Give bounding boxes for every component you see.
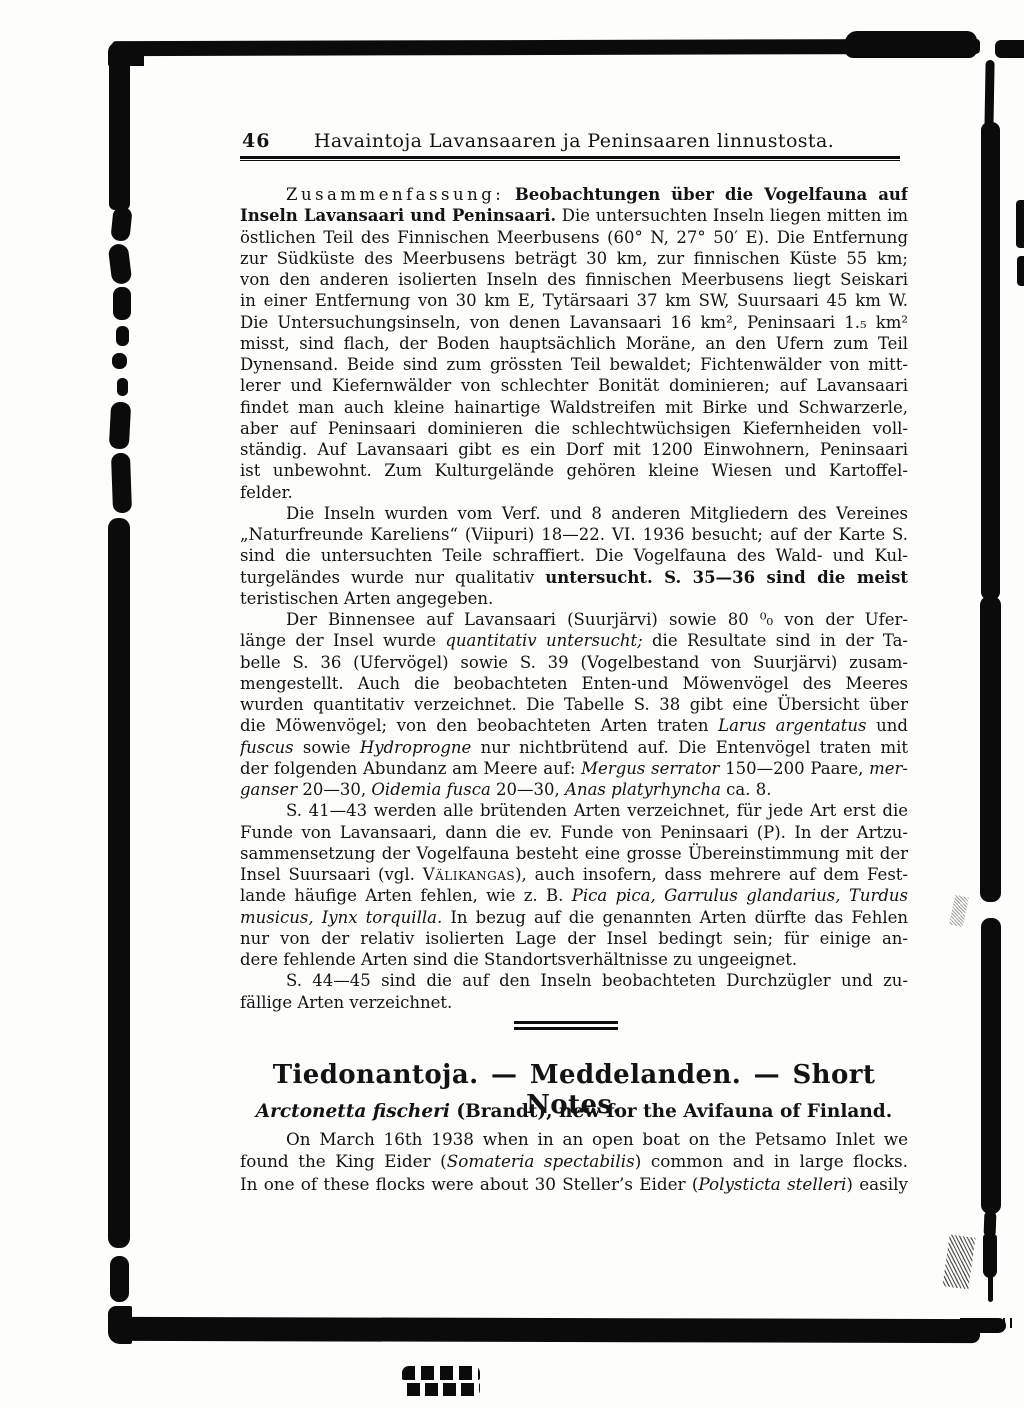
scan-artifact-far-right-blob <box>1017 256 1024 286</box>
text-segment <box>504 185 514 204</box>
text-line: ständig. Auf Lavansaari gibt es ein Dorf… <box>240 439 908 460</box>
text-line: On March 16th 1938 when in an open boat … <box>240 1128 908 1150</box>
text-segment: S. 44—45 sind die auf den Inseln beobach… <box>286 971 908 990</box>
text-line: sammensetzung der Vogelfauna besteht ein… <box>240 843 908 864</box>
text-line: Die Inseln wurden vom Verf. und 8 andere… <box>240 503 908 524</box>
text-segment: ) common and in large flocks. <box>635 1151 908 1171</box>
text-segment: nur nichtbrütend auf. Die Entenvögel tra… <box>471 738 908 757</box>
scan-artifact-right-bar-mid <box>980 596 1001 902</box>
text-line: in einer Entfernung von 30 km E, Tytärsa… <box>240 290 908 311</box>
scan-artifact-left-bar-lower <box>108 518 130 1248</box>
text-line: sind die untersuchten Teile schraffiert.… <box>240 545 908 566</box>
text-segment: belle S. 36 (Ufervögel) sowie S. 39 (Vog… <box>240 653 908 672</box>
text-line: Arctonetta fischeri (Brandt), new for th… <box>240 1101 908 1123</box>
header-rule <box>240 156 900 161</box>
text-segment: sind die untersuchten Teile schraffiert.… <box>240 546 908 565</box>
text-line: Dynensand. Beide sind zum grössten Teil … <box>240 354 908 375</box>
text-line: die Möwenvögel; von den beobachteten Art… <box>240 715 908 736</box>
text-segment: lerer und Kiefernwälder von schlechter B… <box>240 376 908 395</box>
scan-artifact-top-right-blob <box>845 31 977 58</box>
text-line: aber auf Peninsaari dominieren die schle… <box>240 418 908 439</box>
scan-artifact-left-blob <box>113 287 131 320</box>
text-segment: findet man auch kleine hainartige Waldst… <box>240 398 908 417</box>
text-segment: ca. 8. <box>721 780 772 799</box>
note-title: Arctonetta fischeri (Brandt), new for th… <box>240 1101 908 1123</box>
text-segment: mengestellt. Auch die beobachteten Enten… <box>240 674 908 693</box>
text-segment: wurden quantitativ verzeichnet. Die Tabe… <box>240 695 908 714</box>
text-segment: In bezug auf die genannten Arten dürfte … <box>442 908 908 927</box>
scan-artifact-right-bar-lower <box>981 918 1001 1214</box>
text-segment: zur Südküste des Meerbusens beträgt 30 k… <box>240 249 908 268</box>
text-segment: Larus argentatus <box>718 716 866 735</box>
scan-artifact-left-bar-upper <box>109 52 130 210</box>
text-segment: mer- <box>869 759 908 778</box>
scan-artifact-bottom-ticks <box>982 1318 1016 1328</box>
scan-artifact-top-right-corner <box>995 40 1024 58</box>
text-segment: dere fehlende Arten sind die Standortsve… <box>240 950 797 969</box>
text-segment: Polysticta stelleri <box>698 1174 846 1194</box>
text-segment: und <box>866 716 908 735</box>
text-line: found the King Eider (Somateria spectabi… <box>240 1150 908 1172</box>
text-line: fuscus sowie Hydroprogne nur nichtbrüten… <box>240 737 908 758</box>
text-segment: Oidemia fusca <box>371 780 490 799</box>
text-line: Inseln Lavansaari und Peninsaari. Die un… <box>240 205 908 226</box>
text-segment: Die Inseln wurden vom Verf. und 8 andere… <box>286 504 908 523</box>
text-segment: musicus, Iynx torquilla. <box>240 908 442 927</box>
text-segment: Anas platyrhyncha <box>565 780 721 799</box>
text-line: Insel Suursaari (vgl. Välikangas), auch … <box>240 864 908 885</box>
summary-paragraphs: Zusammenfassung: Beobachtungen über die … <box>240 184 908 1013</box>
text-line: von den anderen isolierten Inseln des fi… <box>240 269 908 290</box>
text-segment: in einer Entfernung von 30 km E, Tytärsa… <box>240 291 908 310</box>
scan-artifact-left-blob <box>110 1256 129 1302</box>
scan-artifact-right-bar-upper <box>981 122 1000 600</box>
page-header: 46 Havaintoja Lavansaaren ja Peninsaaren… <box>240 128 908 154</box>
text-segment: misst, sind flach, der Boden hauptsächli… <box>240 334 908 353</box>
text-segment: Die untersuchten Inseln liegen mitten im <box>556 206 908 225</box>
text-segment: östlichen Teil des Finnischen Meerbusens… <box>240 228 908 247</box>
text-line: Die Untersuchungsinseln, von denen Lavan… <box>240 312 908 333</box>
text-line: lerer und Kiefernwälder von schlechter B… <box>240 375 908 396</box>
scan-smudge <box>949 895 969 927</box>
scan-pencil-scribble <box>943 1234 976 1289</box>
text-segment: quantitativ untersucht; <box>445 631 642 650</box>
text-segment: ) easily <box>846 1174 908 1194</box>
text-line: nur von der relativ isolierten Lage der … <box>240 928 908 949</box>
text-segment: fällige Arten verzeichnet. <box>240 993 452 1012</box>
text-line: ist unbewohnt. Zum Kulturgelände gehören… <box>240 460 908 481</box>
text-segment: nur von der relativ isolierten Lage der … <box>240 929 908 948</box>
text-line: felder. <box>240 482 908 503</box>
text-segment: In one of these flocks were about 30 Ste… <box>240 1174 698 1194</box>
text-segment: felder. <box>240 483 293 502</box>
stamp-fragment-bottom <box>402 1383 480 1396</box>
text-line: länge der Insel wurde quantitativ unters… <box>240 630 908 651</box>
text-segment: „Naturfreunde Kareliens“ (Viipuri) 18—22… <box>240 525 908 545</box>
stamp-fragment-top <box>402 1366 480 1380</box>
scan-artifact-far-right-blob <box>1016 200 1024 248</box>
text-segment: aber auf Peninsaari dominieren die schle… <box>240 419 908 438</box>
scan-artifact-left-mark <box>116 326 129 346</box>
text-line: ganser 20—30, Oidemia fusca 20—30, Anas … <box>240 779 908 800</box>
text-line: östlichen Teil des Finnischen Meerbusens… <box>240 227 908 248</box>
text-segment: sammensetzung der Vogelfauna besteht ein… <box>240 844 908 863</box>
text-segment: Mergus serrator <box>581 759 719 778</box>
scan-artifact-right-taper <box>983 1234 997 1278</box>
text-line: S. 44—45 sind die auf den Inseln beobach… <box>240 970 908 991</box>
text-line: dere fehlende Arten sind die Standortsve… <box>240 949 908 970</box>
text-segment: von den anderen isolierten Inseln des fi… <box>240 270 908 289</box>
text-segment: lande häufige Arten fehlen, wie z. B. <box>240 886 572 905</box>
text-line: belle S. 36 (Ufervögel) sowie S. 39 (Vog… <box>240 652 908 673</box>
text-line: findet man auch kleine hainartige Waldst… <box>240 397 908 418</box>
text-segment: turgeländes wurde nur qualitativ <box>240 568 545 587</box>
text-segment: ständig. Auf Lavansaari gibt es ein Dorf… <box>240 440 908 459</box>
section-divider-rule <box>514 1021 618 1030</box>
text-line: teristischen Arten angegeben. <box>240 588 908 609</box>
text-segment: Välikangas <box>423 865 515 884</box>
text-segment: der folgenden Abundanz am Meere auf: <box>240 759 581 778</box>
text-segment: die Resultate sind in der Ta- <box>643 631 908 650</box>
scan-artifact-left-blob <box>111 453 132 514</box>
text-segment: Pica pica, Garrulus glandarius, Turdus <box>572 886 908 905</box>
text-line: zur Südküste des Meerbusens beträgt 30 k… <box>240 248 908 269</box>
text-segment: Zusammenfassung: <box>286 185 504 204</box>
text-segment: 150—200 Paare, <box>719 759 869 778</box>
text-segment: 20—30, <box>491 780 565 799</box>
text-segment: teristischen Arten angegeben. <box>240 589 493 608</box>
text-segment: sowie <box>294 738 360 757</box>
text-segment: Der Binnensee auf Lavansaari (Suurjärvi)… <box>286 610 908 629</box>
text-segment: ), auch insofern, dass mehrere auf dem F… <box>515 865 908 884</box>
scan-artifact-right-tail <box>988 1276 993 1302</box>
scan-artifact-right-pinch <box>984 1212 997 1236</box>
text-line: wurden quantitativ verzeichnet. Die Tabe… <box>240 694 908 715</box>
text-segment: fuscus <box>240 738 294 757</box>
scan-artifact-left-mark <box>117 378 128 396</box>
text-line: lande häufige Arten fehlen, wie z. B. Pi… <box>240 885 908 906</box>
text-line: Der Binnensee auf Lavansaari (Suurjärvi)… <box>240 609 908 630</box>
scan-artifact-left-blob <box>110 206 132 242</box>
text-segment: Insel Suursaari (vgl. <box>240 865 423 884</box>
text-line: mengestellt. Auch die beobachteten Enten… <box>240 673 908 694</box>
text-segment: Somateria spectabilis <box>447 1151 635 1171</box>
text-line: fällige Arten verzeichnet. <box>240 992 908 1013</box>
scan-artifact-left-blob <box>109 402 131 450</box>
text-segment: 20—30, <box>297 780 371 799</box>
page-number: 46 <box>242 130 270 152</box>
text-segment: Die Untersuchungsinseln, von denen Lavan… <box>240 313 908 332</box>
running-title: Havaintoja Lavansaaren ja Peninsaaren li… <box>240 128 908 152</box>
scan-artifact-left-mark <box>112 353 127 369</box>
text-segment: ganser <box>240 780 297 799</box>
text-line: misst, sind flach, der Boden hauptsächli… <box>240 333 908 354</box>
text-line: musicus, Iynx torquilla. In bezug auf di… <box>240 907 908 928</box>
text-line: S. 41—43 werden alle brütenden Arten ver… <box>240 800 908 821</box>
text-segment: Hydroprogne <box>360 738 471 757</box>
text-segment: Funde von Lavansaari, dann die ev. Funde… <box>240 823 908 842</box>
scan-artifact-bottom-bar <box>118 1317 980 1343</box>
text-segment: Arctonetta fischeri <box>256 1101 450 1122</box>
text-segment: Dynensand. Beide sind zum grössten Teil … <box>240 355 908 374</box>
note-body: On March 16th 1938 when in an open boat … <box>240 1128 908 1195</box>
text-segment: On March 16th 1938 when in an open boat … <box>286 1129 908 1149</box>
text-line: „Naturfreunde Kareliens“ (Viipuri) 18—22… <box>240 524 908 545</box>
text-segment: länge der Insel wurde <box>240 631 445 650</box>
text-segment: found the King Eider ( <box>240 1151 447 1171</box>
text-segment: (Brandt), new for the Avifauna of Finlan… <box>450 1101 892 1122</box>
text-segment: S. 41—43 werden alle brütenden Arten ver… <box>286 801 908 820</box>
text-line: der folgenden Abundanz am Meere auf: Mer… <box>240 758 908 779</box>
scan-artifact-left-blob <box>108 243 133 285</box>
text-line: Funde von Lavansaari, dann die ev. Funde… <box>240 822 908 843</box>
text-line: Zusammenfassung: Beobachtungen über die … <box>240 184 908 205</box>
text-segment: ist unbewohnt. Zum Kulturgelände gehören… <box>240 461 908 480</box>
text-line: turgeländes wurde nur qualitativ untersu… <box>240 567 908 588</box>
text-segment: die Möwenvögel; von den beobachteten Art… <box>240 716 718 735</box>
text-line: In one of these flocks were about 30 Ste… <box>240 1173 908 1195</box>
text-segment: Inseln Lavansaari und Peninsaari. <box>240 206 556 225</box>
